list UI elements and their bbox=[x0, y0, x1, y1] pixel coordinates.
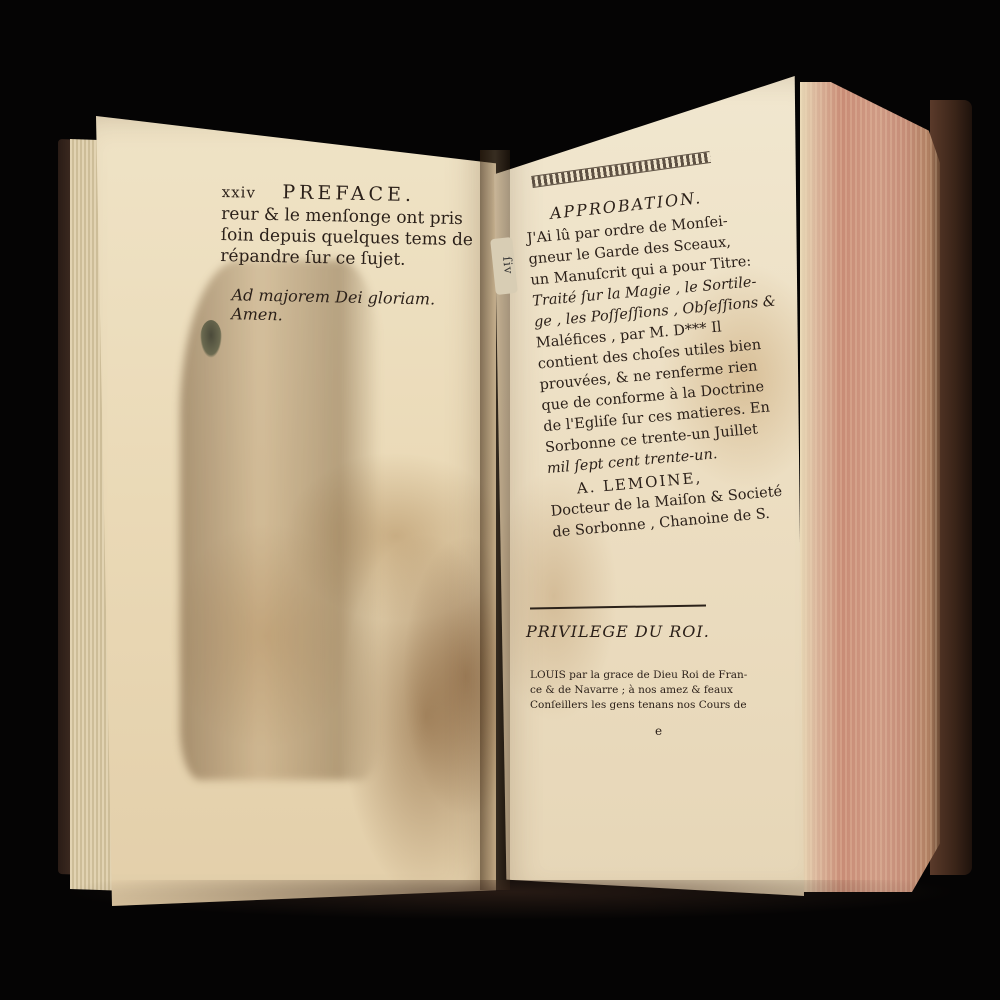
right-page-text: APPROBATION. J'Ai lû par ordre de Monſei… bbox=[526, 152, 716, 545]
book-photograph: xxiv PREFACE. reur & le menſonge ont pri… bbox=[0, 0, 1000, 1000]
red-speckled-fore-edge bbox=[800, 82, 940, 892]
catchword: e bbox=[655, 724, 662, 738]
text-line: LOUIS par la grace de Dieu Roi de Fran- bbox=[530, 668, 710, 683]
pressed-leaf-icon bbox=[200, 320, 222, 358]
running-head: xxiv PREFACE. bbox=[222, 180, 482, 207]
text-line: ce & de Navarre ; à nos amez & feaux bbox=[530, 683, 710, 698]
printers-ornament-icon bbox=[531, 151, 711, 188]
privilege-heading: PRIVILEGE DU ROI. bbox=[526, 622, 716, 641]
page-number: xxiv bbox=[222, 183, 257, 202]
text-line: Conſeillers les gens tenans nos Cours de bbox=[530, 698, 710, 713]
left-page-text: xxiv PREFACE. reur & le menſonge ont pri… bbox=[219, 180, 482, 328]
motto: Ad majorem Dei gloriam. Amen. bbox=[231, 285, 480, 328]
approbation-body: J'Ai lû par ordre de Monſei- gneur le Ga… bbox=[526, 212, 743, 543]
running-title: PREFACE. bbox=[282, 181, 415, 206]
privilege-body: LOUIS par la grace de Dieu Roi de Fran- … bbox=[530, 668, 710, 713]
book-shadow bbox=[60, 880, 960, 920]
